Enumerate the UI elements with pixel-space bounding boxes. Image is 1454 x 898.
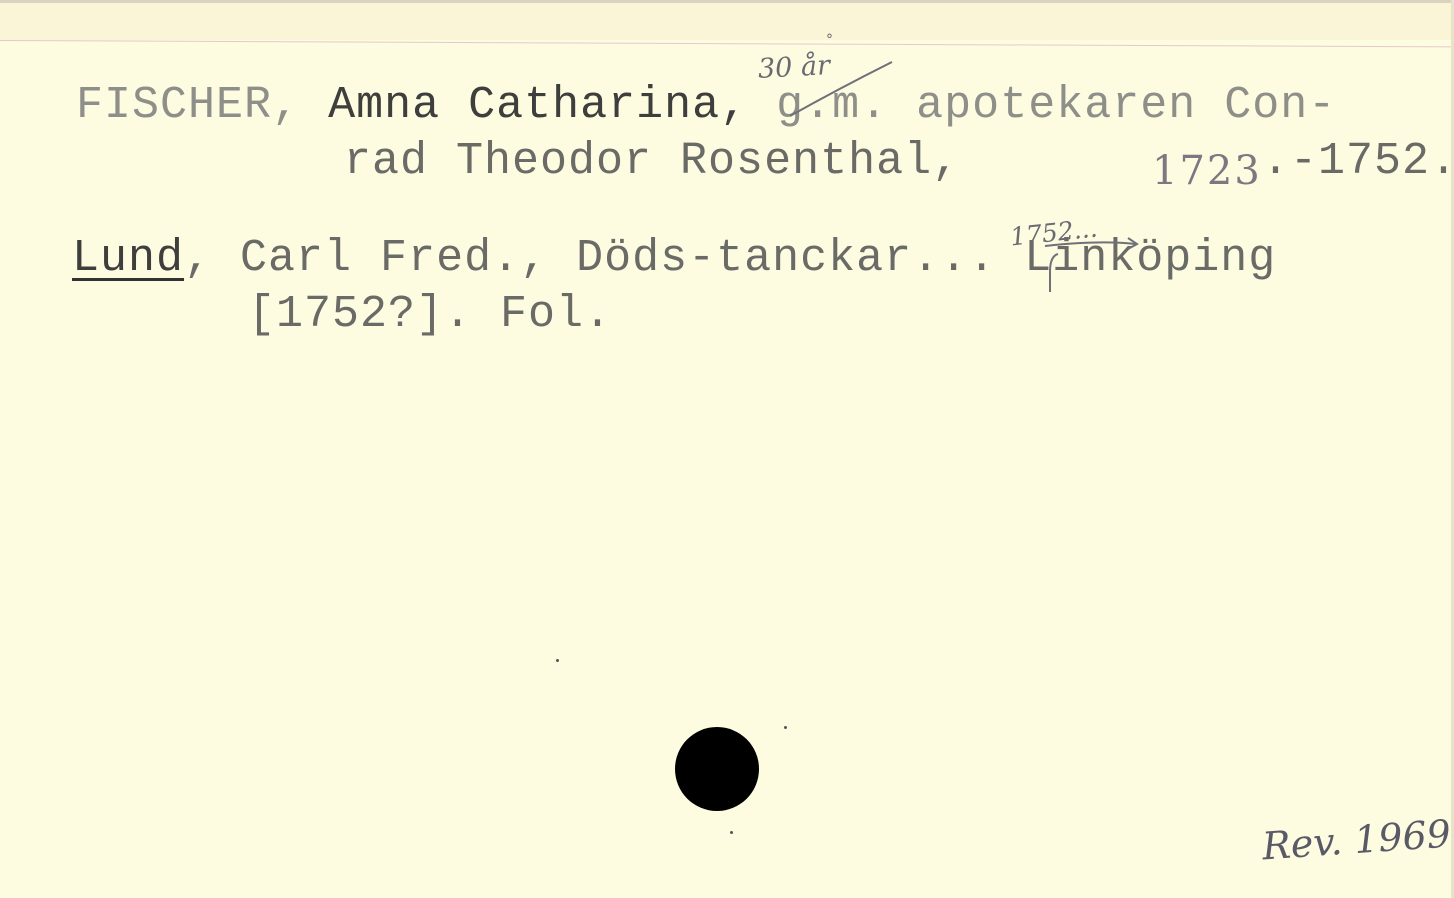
entry-title-lund: , Carl Fred., Döds-tanckar...: [184, 233, 996, 284]
ring-mark: °: [826, 32, 833, 48]
card-top-edge: [0, 0, 1454, 3]
card-top-margin: [0, 0, 1454, 40]
entry-spouse-fischer: rad Theodor Rosenthal,: [344, 136, 960, 187]
entry-name-fischer: Amna Catharina,: [328, 80, 748, 131]
typed-death-year: .-1752.: [1262, 136, 1454, 187]
handwritten-birth-year: 1723: [1152, 148, 1262, 194]
entry-lund-line-2: [1752?]. Fol.: [248, 289, 612, 340]
punch-hole: [675, 727, 759, 811]
ruled-line: [0, 40, 1454, 47]
catalog-card: FISCHER, Amna Catharina, g.m. apotekaren…: [0, 0, 1454, 898]
speck: [784, 726, 787, 729]
entry-imprint-lund: [1752?]. Fol.: [248, 289, 612, 340]
entry-fischer-line-1: FISCHER, Amna Catharina, g.m. apotekaren…: [76, 80, 1336, 131]
entry-fischer-line-2: rad Theodor Rosenthal,: [344, 136, 960, 187]
entry-note-fischer: g.m. apotekaren Con-: [776, 80, 1336, 131]
revision-note: Rev. 1969: [1261, 811, 1453, 868]
entry-heading-lund: Lund: [72, 233, 184, 284]
speck: [556, 659, 559, 662]
handwritten-age-note: 30 år: [757, 50, 830, 85]
speck: [730, 831, 733, 834]
entry-heading-fischer: FISCHER,: [76, 80, 300, 131]
